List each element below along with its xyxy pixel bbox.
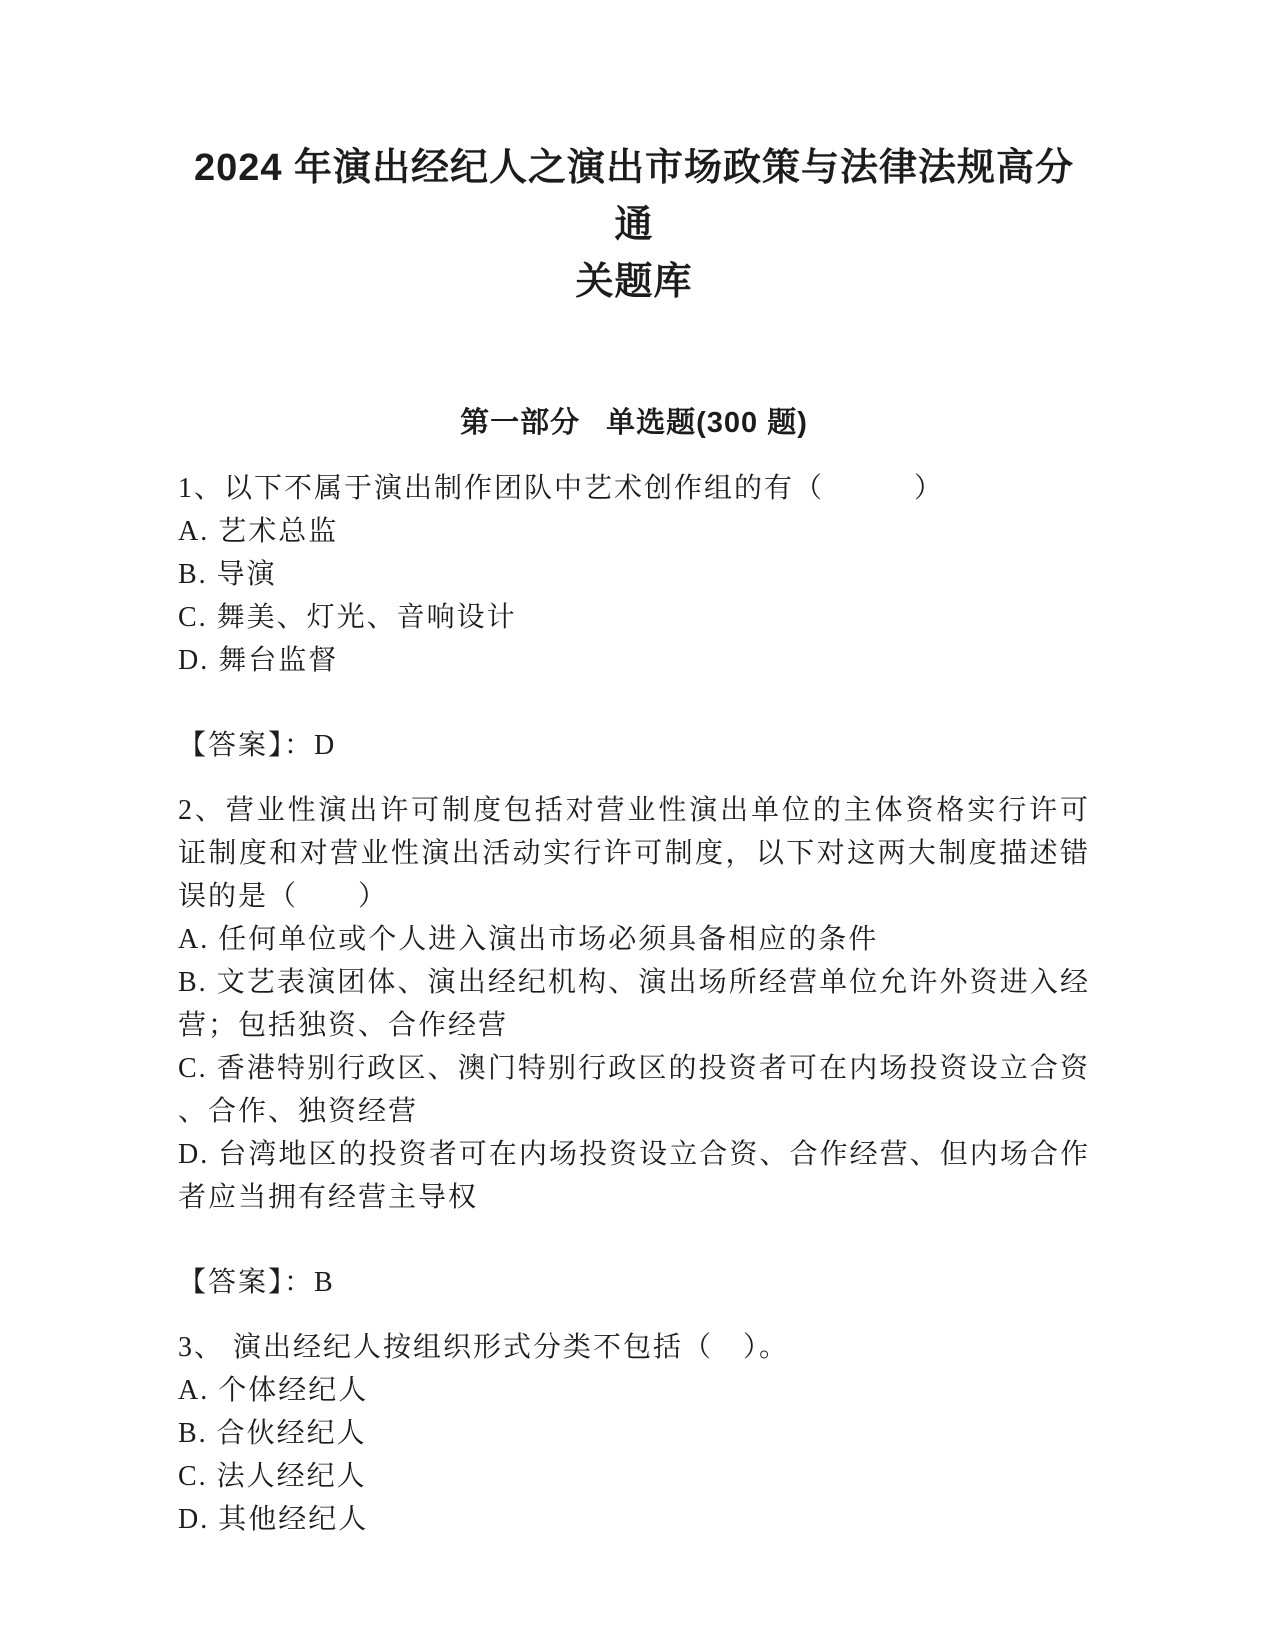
question-block-1: 1、以下不属于演出制作团队中艺术创作组的有（ ） A. 艺术总监 B. 导演 C… (178, 467, 1090, 767)
question-block-2: 2、营业性演出许可制度包括对营业性演出单位的主体资格实行许可证制度和对营业性演出… (178, 789, 1090, 1304)
question-1-option-b: B. 导演 (178, 553, 1090, 596)
section-part-label: 第一部分 (460, 407, 580, 439)
question-1-option-d: D. 舞台监督 (178, 639, 1090, 682)
question-2-option-d: D. 台湾地区的投资者可在内场投资设立合资、合作经营、但内场合作者应当拥有经营主… (178, 1133, 1090, 1219)
document-content: 2024 年演出经纪人之演出市场政策与法律法规高分通 关题库 第一部分单选题(3… (178, 140, 1090, 1541)
answer-value: B (314, 1267, 335, 1298)
question-2-stem: 2、营业性演出许可制度包括对营业性演出单位的主体资格实行许可证制度和对营业性演出… (178, 789, 1090, 918)
answer-value: D (314, 730, 336, 761)
question-2-answer-line: 【答案】：B (178, 1261, 1090, 1304)
question-block-3: 3、 演出经纪人按组织形式分类不包括（ ）。 A. 个体经纪人 B. 合伙经纪人… (178, 1326, 1090, 1541)
question-2-option-a: A. 任何单位或个人进入演出市场必须具备相应的条件 (178, 918, 1090, 961)
question-1-option-c: C. 舞美、灯光、音响设计 (178, 596, 1090, 639)
question-3-option-d: D. 其他经纪人 (178, 1498, 1090, 1541)
section-heading: 第一部分单选题(300 题) (178, 401, 1090, 445)
answer-label: 【答案】： (178, 1267, 314, 1298)
question-1-answer-line: 【答案】：D (178, 724, 1090, 767)
answer-label: 【答案】： (178, 730, 314, 761)
question-1-stem: 1、以下不属于演出制作团队中艺术创作组的有（ ） (178, 467, 1090, 510)
document-title-line-1: 2024 年演出经纪人之演出市场政策与法律法规高分通 (178, 140, 1090, 254)
question-3-option-c: C. 法人经纪人 (178, 1455, 1090, 1498)
document-page: 2024 年演出经纪人之演出市场政策与法律法规高分通 关题库 第一部分单选题(3… (0, 0, 1275, 1650)
question-3-option-b: B. 合伙经纪人 (178, 1412, 1090, 1455)
question-3-option-a: A. 个体经纪人 (178, 1369, 1090, 1412)
question-3-stem: 3、 演出经纪人按组织形式分类不包括（ ）。 (178, 1326, 1090, 1369)
section-type-label: 单选题(300 题) (606, 407, 808, 439)
document-title-line-2: 关题库 (178, 254, 1090, 311)
question-2-option-c: C. 香港特别行政区、澳门特别行政区的投资者可在内场投资设立合资、合作、独资经营 (178, 1047, 1090, 1133)
question-2-option-b: B. 文艺表演团体、演出经纪机构、演出场所经营单位允许外资进入经营；包括独资、合… (178, 961, 1090, 1047)
question-1-option-a: A. 艺术总监 (178, 510, 1090, 553)
document-title: 2024 年演出经纪人之演出市场政策与法律法规高分通 关题库 (178, 140, 1090, 311)
